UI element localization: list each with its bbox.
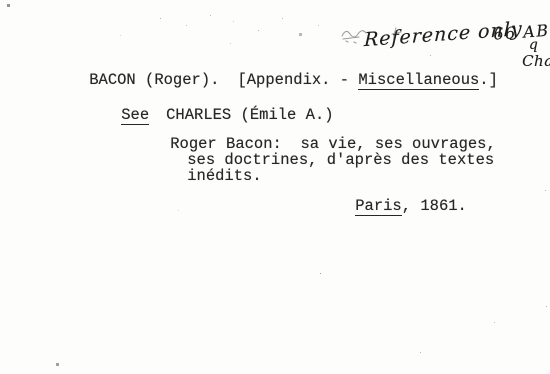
scan-speckles [0, 0, 1, 1]
shelfmark-cutter: Cha [522, 52, 550, 70]
imprint-rest: , 1861. [402, 197, 467, 215]
catalogue-card: Reference only 66 ABW q Cha BACON (Roger… [0, 0, 550, 374]
title-line-3: inédits. [150, 151, 262, 202]
imprint-line: Paris, 1861. [318, 181, 467, 232]
shelfmark-line-3: Cha [501, 34, 550, 88]
pen-scribble [340, 24, 410, 44]
title-text-3: inédits. [187, 167, 261, 185]
section-note-underlined: Miscellaneous [358, 71, 479, 90]
author-name: BACON (Roger). [89, 71, 219, 89]
section-note-prefix: [Appendix. - [237, 71, 358, 89]
section-note-suffix: .] [479, 71, 498, 89]
imprint-place: Paris [355, 197, 402, 216]
